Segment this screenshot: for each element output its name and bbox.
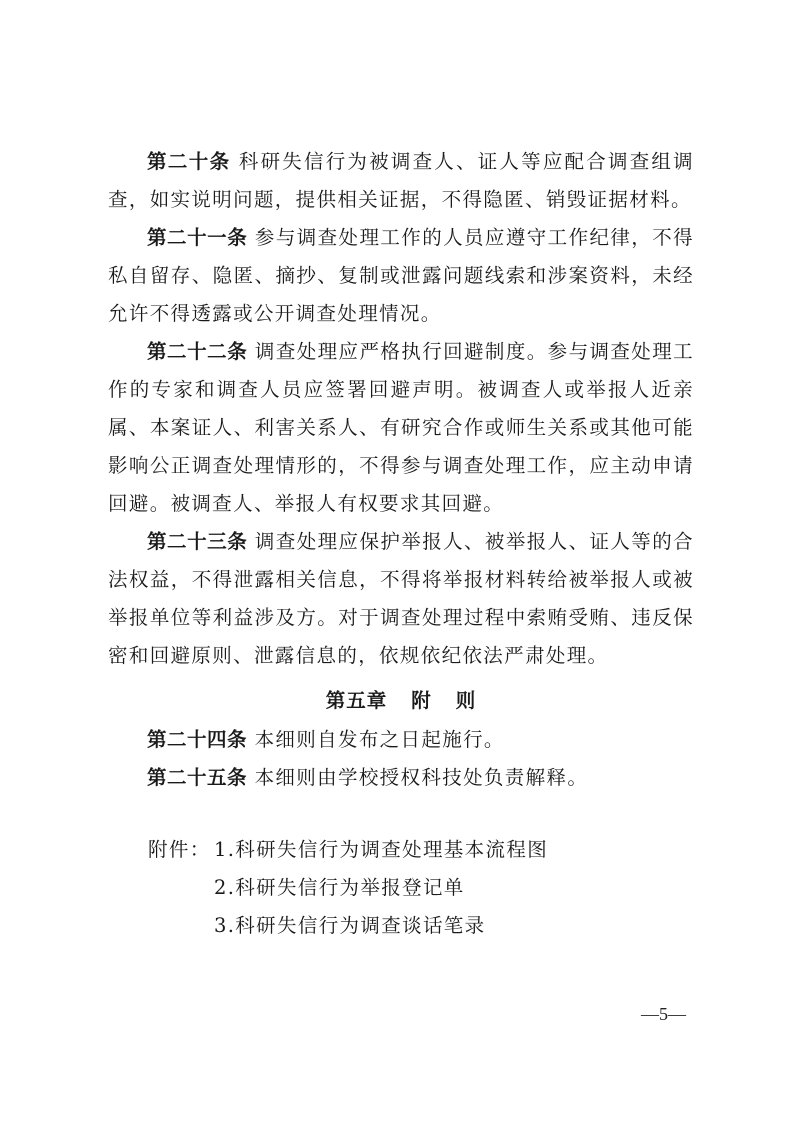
article-22: 第二十二条 调查处理应严格执行回避制度。参与调查处理工作的专家和调查人员应签署回… [108, 333, 694, 523]
article-25: 第二十五条 本细则由学校授权科技处负责解释。 [108, 759, 694, 797]
article-label: 第二十二条 [147, 340, 247, 363]
attachment-line: 附件： 1.科研失信行为调查处理基本流程图 [148, 831, 694, 869]
article-21: 第二十一条 参与调查处理工作的人员应遵守工作纪律，不得私自留存、隐匿、摘抄、复制… [108, 219, 694, 333]
document-body: 第二十条 科研失信行为被调查人、证人等应配合调查组调查，如实说明问题，提供相关证… [108, 143, 694, 945]
attachment-item: 2.科研失信行为举报登记单 [214, 869, 465, 907]
article-label: 第二十三条 [147, 530, 247, 553]
document-page: 第二十条 科研失信行为被调查人、证人等应配合调查组调查，如实说明问题，提供相关证… [0, 0, 794, 1122]
article-20: 第二十条 科研失信行为被调查人、证人等应配合调查组调查，如实说明问题，提供相关证… [108, 143, 694, 219]
attachments-section: 附件： 1.科研失信行为调查处理基本流程图 2.科研失信行为举报登记单 3.科研… [108, 831, 694, 945]
article-24: 第二十四条 本细则自发布之日起施行。 [108, 721, 694, 759]
article-label: 第二十条 [147, 150, 230, 173]
page-number: —5— [641, 1004, 686, 1025]
attachment-item: 1.科研失信行为调查处理基本流程图 [214, 831, 548, 869]
attachments-label: 附件： [148, 831, 214, 869]
article-text: 本细则由学校授权科技处负责解释。 [255, 766, 589, 789]
attachment-item: 3.科研失信行为调查谈话笔录 [214, 907, 486, 945]
chapter-heading: 第五章附则 [108, 683, 694, 721]
chapter-title-part2: 则 [456, 689, 477, 712]
article-label: 第二十四条 [147, 728, 247, 751]
article-label: 第二十一条 [147, 226, 247, 249]
attachment-line: 3.科研失信行为调查谈话笔录 [148, 907, 694, 945]
chapter-title-part1: 附 [411, 689, 432, 712]
attachment-line: 2.科研失信行为举报登记单 [148, 869, 694, 907]
article-text: 本细则自发布之日起施行。 [255, 728, 505, 751]
chapter-number: 第五章 [326, 689, 388, 712]
spacer [108, 797, 694, 831]
article-23: 第二十三条 调查处理应保护举报人、被举报人、证人等的合法权益，不得泄露相关信息，… [108, 523, 694, 675]
article-label: 第二十五条 [147, 766, 247, 789]
article-text: 调查处理应严格执行回避制度。参与调查处理工作的专家和调查人员应签署回避声明。被调… [108, 340, 694, 515]
